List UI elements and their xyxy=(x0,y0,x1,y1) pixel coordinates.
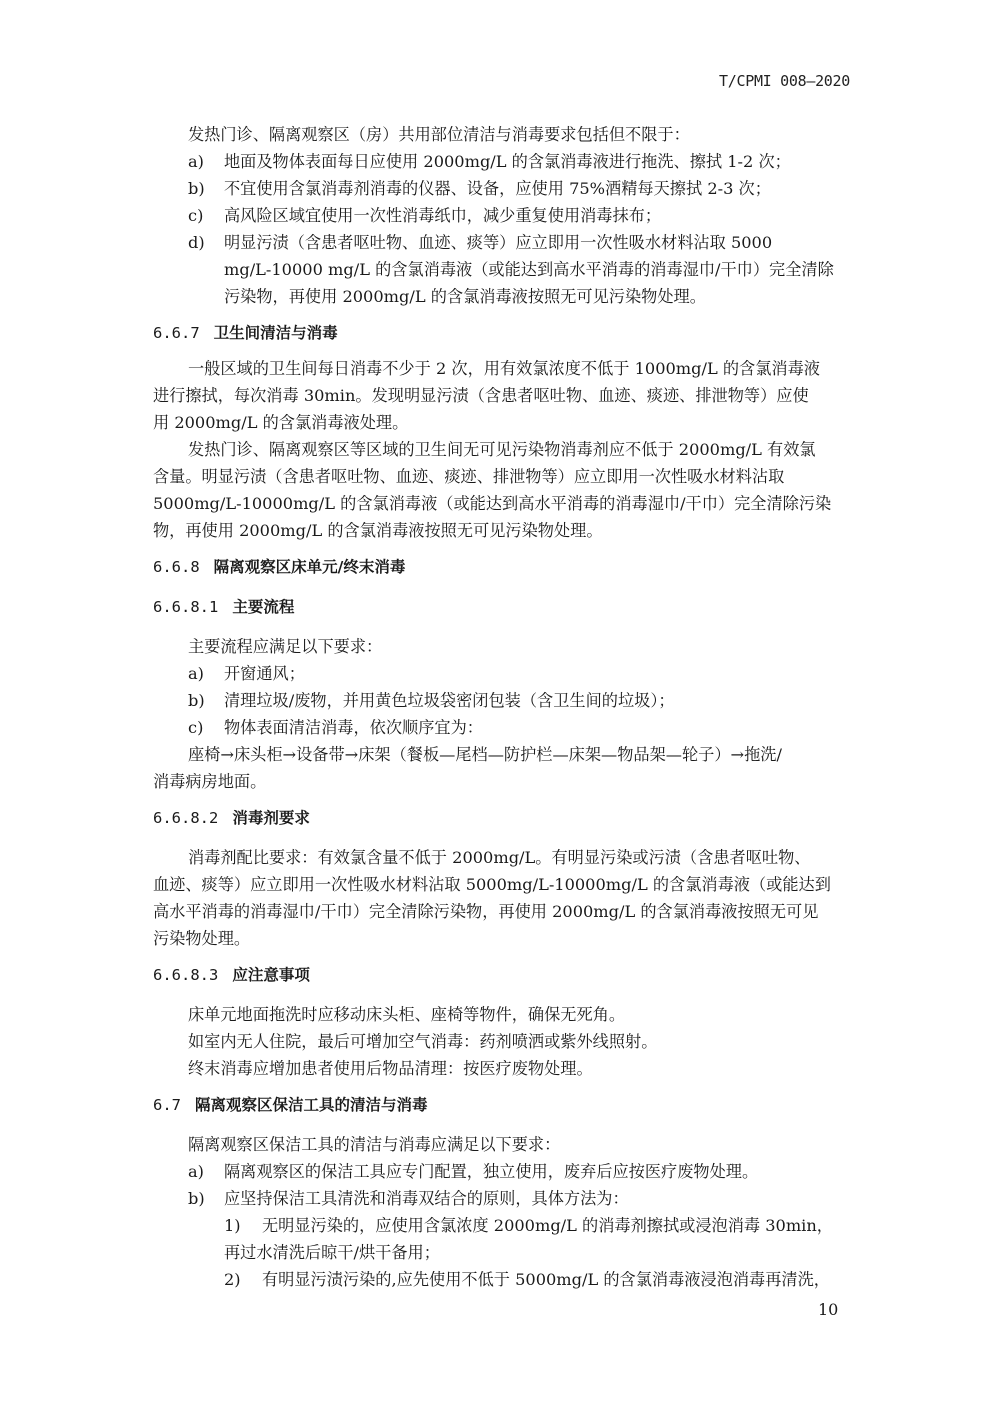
section-number: 6.7 xyxy=(153,1096,181,1114)
section-heading-6-6-7: 6.6.7卫生间清洁与消毒 xyxy=(153,322,338,344)
section-title: 隔离观察区保洁工具的清洁与消毒 xyxy=(195,1096,428,1114)
list-label: a) xyxy=(188,151,204,173)
list-item: 高风险区域宜使用一次性消毒纸巾，减少重复使用消毒抹布； xyxy=(224,205,661,227)
list-item: 清理垃圾/废物，并用黄色垃圾袋密闭包装（含卫生间的垃圾）； xyxy=(224,690,675,712)
section-number: 6.6.8.2 xyxy=(153,809,218,827)
sublist-label: 1) xyxy=(224,1215,241,1237)
list-item: 隔离观察区的保洁工具应专门配置，独立使用，废弃后应按医疗废物处理。 xyxy=(224,1161,758,1183)
list-label: d) xyxy=(188,232,205,254)
list-label: c) xyxy=(188,205,203,227)
paragraph-line: 一般区域的卫生间每日消毒不少于 2 次，用有效氯浓度不低于 1000mg/L 的… xyxy=(188,358,820,380)
section-title: 应注意事项 xyxy=(232,966,310,984)
page-number: 10 xyxy=(818,1300,838,1319)
list-label: b) xyxy=(188,690,205,712)
section-number: 6.6.7 xyxy=(153,324,200,342)
list-item-continuation: 污染物，再使用 2000mg/L 的含氯消毒液按照无可见污染物处理。 xyxy=(224,286,706,308)
list-item: 明显污渍（含患者呕吐物、血迹、痰等）应立即用一次性吸水材料沾取 5000 xyxy=(224,232,772,254)
section-heading-6-6-8-3: 6.6.8.3应注意事项 xyxy=(153,964,310,986)
note-line: 床单元地面拖洗时应移动床头柜、座椅等物件，确保无死角。 xyxy=(188,1004,625,1026)
paragraph-line: 污染物处理。 xyxy=(153,928,250,950)
section-title: 主要流程 xyxy=(232,598,294,616)
paragraph: 主要流程应满足以下要求： xyxy=(188,636,382,658)
list-label: a) xyxy=(188,1161,204,1183)
list-item: 地面及物体表面每日应使用 2000mg/L 的含氯消毒液进行拖洗、擦拭 1-2 … xyxy=(224,151,791,173)
list-label: c) xyxy=(188,717,203,739)
paragraph-line: 高水平消毒的消毒湿巾/干巾）完全清除污染物，再使用 2000mg/L 的含氯消毒… xyxy=(153,901,818,923)
list-label: a) xyxy=(188,663,204,685)
sequence-line: 座椅→床头柜→设备带→床架（餐板—尾档—防护栏—床架—物品架—轮子）→拖洗/ xyxy=(188,744,782,766)
paragraph-line: 进行擦拭，每次消毒 30min。发现明显污渍（含患者呕吐物、血迹、痰迹、排泄物等… xyxy=(153,385,809,407)
sublist-item-continuation: 再过水清洗后晾干/烘干备用； xyxy=(224,1242,440,1264)
note-line: 如室内无人住院，最后可增加空气消毒：药剂喷洒或紫外线照射。 xyxy=(188,1031,657,1053)
paragraph-line: 消毒剂配比要求：有效氯含量不低于 2000mg/L。有明显污染或污渍（含患者呕吐… xyxy=(188,847,810,869)
sequence-line: 消毒病房地面。 xyxy=(153,771,266,793)
list-item-continuation: mg/L-10000 mg/L 的含氯消毒液（或能达到高水平消毒的消毒湿巾/干巾… xyxy=(224,259,834,281)
section-heading-6-7: 6.7隔离观察区保洁工具的清洁与消毒 xyxy=(153,1094,428,1116)
paragraph-line: 物，再使用 2000mg/L 的含氯消毒液按照无可见污染物处理。 xyxy=(153,520,603,542)
paragraph: 隔离观察区保洁工具的清洁与消毒应满足以下要求： xyxy=(188,1134,560,1156)
paragraph-line: 5000mg/L-10000mg/L 的含氯消毒液（或能达到高水平消毒的消毒湿巾… xyxy=(153,493,831,515)
note-line: 终末消毒应增加患者使用后物品清理：按医疗废物处理。 xyxy=(188,1058,593,1080)
section-heading-6-6-8: 6.6.8隔离观察区床单元/终末消毒 xyxy=(153,556,405,578)
section-title: 卫生间清洁与消毒 xyxy=(214,324,338,342)
paragraph-line: 含量。明显污渍（含患者呕吐物、血迹、痰迹、排泄物等）应立即用一次性吸水材料沾取 xyxy=(153,466,784,488)
section-title: 隔离观察区床单元/终末消毒 xyxy=(214,558,406,576)
list-item: 应坚持保洁工具清洗和消毒双结合的原则，具体方法为： xyxy=(224,1188,629,1210)
section-number: 6.6.8.1 xyxy=(153,598,218,616)
list-item: 物体表面清洁消毒，依次顺序宜为： xyxy=(224,717,483,739)
sublist-item: 无明显污染的，应使用含氯浓度 2000mg/L 的消毒剂擦拭或浸泡消毒 30mi… xyxy=(262,1215,833,1237)
list-item: 不宜使用含氯消毒剂消毒的仪器、设备，应使用 75%酒精每天擦拭 2-3 次； xyxy=(224,178,771,200)
document-page: T/CPMI 008—2020 发热门诊、隔离观察区（房）共用部位清洁与消毒要求… xyxy=(0,0,1000,1415)
section-heading-6-6-8-1: 6.6.8.1主要流程 xyxy=(153,596,294,618)
section-number: 6.6.8.3 xyxy=(153,966,218,984)
paragraph-line: 发热门诊、隔离观察区等区域的卫生间无可见污染物消毒剂应不低于 2000mg/L … xyxy=(188,439,816,461)
list-item: 开窗通风； xyxy=(224,663,305,685)
section-title: 消毒剂要求 xyxy=(232,809,310,827)
list-label: b) xyxy=(188,1188,205,1210)
sublist-item: 有明显污渍污染的,应先使用不低于 5000mg/L 的含氯消毒液浸泡消毒再清洗， xyxy=(262,1269,830,1291)
section-number: 6.6.8 xyxy=(153,558,200,576)
sublist-label: 2) xyxy=(224,1269,241,1291)
list-label: b) xyxy=(188,178,205,200)
paragraph-line: 血迹、痰等）应立即用一次性吸水材料沾取 5000mg/L-10000mg/L 的… xyxy=(153,874,831,896)
paragraph-line: 用 2000mg/L 的含氯消毒液处理。 xyxy=(153,412,408,434)
paragraph: 发热门诊、隔离观察区（房）共用部位清洁与消毒要求包括但不限于： xyxy=(188,124,690,146)
section-heading-6-6-8-2: 6.6.8.2消毒剂要求 xyxy=(153,807,310,829)
doc-id-header: T/CPMI 008—2020 xyxy=(719,72,850,90)
